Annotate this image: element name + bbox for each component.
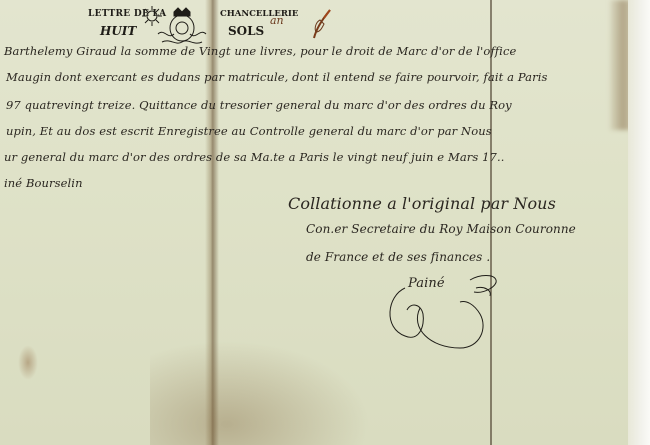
- stain: [18, 345, 38, 380]
- stamp-text-bottom-left: HUIT: [100, 24, 136, 38]
- reference-mark: an: [270, 14, 284, 27]
- tax-stamp: LETTRE DE LA CHANCELLERIE HUIT SOLS: [88, 6, 268, 44]
- quill-pen-icon: [310, 6, 332, 40]
- body-line: 97 quatrevingt treize. Quittance du tres…: [6, 98, 512, 112]
- royal-emblem-icon: [138, 4, 220, 46]
- body-line: iné Bourselin: [4, 176, 83, 190]
- certification-line: Collationne a l'original par Nous: [288, 194, 556, 213]
- signature-flourish-icon: [380, 268, 530, 368]
- body-line: upin, Et au dos est escrit Enregistree a…: [6, 124, 492, 138]
- stamp-text-top-right: CHANCELLERIE: [220, 9, 298, 19]
- body-line: Maugin dont exercant es dudans par matri…: [6, 70, 547, 84]
- stamp-text-bottom-right: SOLS: [228, 24, 264, 38]
- certification-line: Con.er Secretaire du Roy Maison Couronne: [306, 222, 576, 236]
- document-page: LETTRE DE LA CHANCELLERIE HUIT SOLS an B…: [0, 0, 650, 445]
- stain: [150, 340, 370, 445]
- paper-edge: [628, 0, 650, 445]
- body-line: ur general du marc d'or des ordres de sa…: [4, 150, 505, 164]
- certification-line: de France et de ses finances .: [306, 250, 490, 264]
- body-line: Barthelemy Giraud la somme de Vingt une …: [4, 44, 516, 58]
